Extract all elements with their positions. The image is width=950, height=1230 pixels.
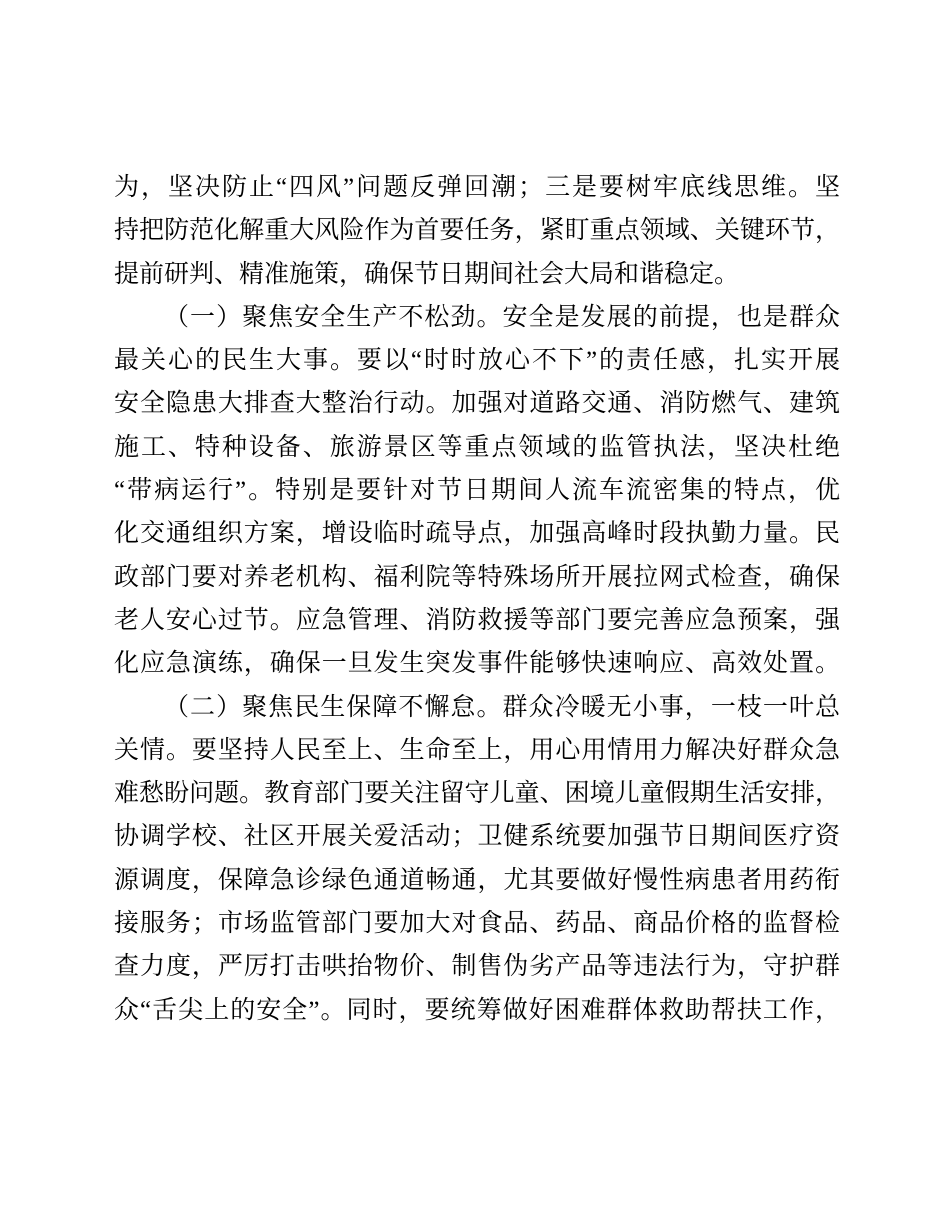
text-line: 化应急演练，确保一旦发生突发事件能够快速响应、高效处置。 (114, 642, 840, 685)
text-line: （二）聚焦民生保障不懈怠。群众冷暖无小事，一枝一叶总 (114, 686, 840, 729)
text-line: （一）聚焦安全生产不松劲。安全是发展的前提，也是群众 (114, 296, 840, 339)
text-line: 关情。要坚持人民至上、生命至上，用心用情用力解决好群众急 (114, 729, 840, 772)
text-line: 施工、特种设备、旅游景区等重点领域的监管执法，坚决杜绝 (114, 426, 840, 469)
text-line: 难愁盼问题。教育部门要关注留守儿童、困境儿童假期生活安排， (114, 772, 840, 815)
text-line: 提前研判、精准施策，确保节日期间社会大局和谐稳定。 (114, 253, 840, 296)
text-line: 协调学校、社区开展关爱活动；卫健系统要加强节日期间医疗资 (114, 815, 840, 858)
text-line: 接服务；市场监管部门要加大对食品、药品、商品价格的监督检 (114, 902, 840, 945)
text-line: 源调度，保障急诊绿色通道畅通，尤其要做好慢性病患者用药衔 (114, 859, 840, 902)
text-line: 政部门要对养老机构、福利院等特殊场所开展拉网式检查，确保 (114, 556, 840, 599)
text-line: 查力度，严厉打击哄抬物价、制售伪劣产品等违法行为，守护群 (114, 945, 840, 988)
text-line: 为，坚决防止“四风”问题反弹回潮；三是要树牢底线思维。坚 (114, 166, 840, 209)
text-line: 持把防范化解重大风险作为首要任务，紧盯重点领域、关键环节， (114, 209, 840, 252)
text-line: 众“舌尖上的安全”。同时，要统筹做好困难群体救助帮扶工作， (114, 989, 840, 1032)
document-page: 为，坚决防止“四风”问题反弹回潮；三是要树牢底线思维。坚持把防范化解重大风险作为… (0, 0, 950, 1230)
text-line: 化交通组织方案，增设临时疏导点，加强高峰时段执勤力量。民 (114, 512, 840, 555)
text-line: “带病运行”。特别是要针对节日期间人流车流密集的特点，优 (114, 469, 840, 512)
text-line: 安全隐患大排查大整治行动。加强对道路交通、消防燃气、建筑 (114, 382, 840, 425)
document-body-text: 为，坚决防止“四风”问题反弹回潮；三是要树牢底线思维。坚持把防范化解重大风险作为… (114, 166, 840, 1032)
text-line: 老人安心过节。应急管理、消防救援等部门要完善应急预案，强 (114, 599, 840, 642)
text-line: 最关心的民生大事。要以“时时放心不下”的责任感，扎实开展 (114, 339, 840, 382)
